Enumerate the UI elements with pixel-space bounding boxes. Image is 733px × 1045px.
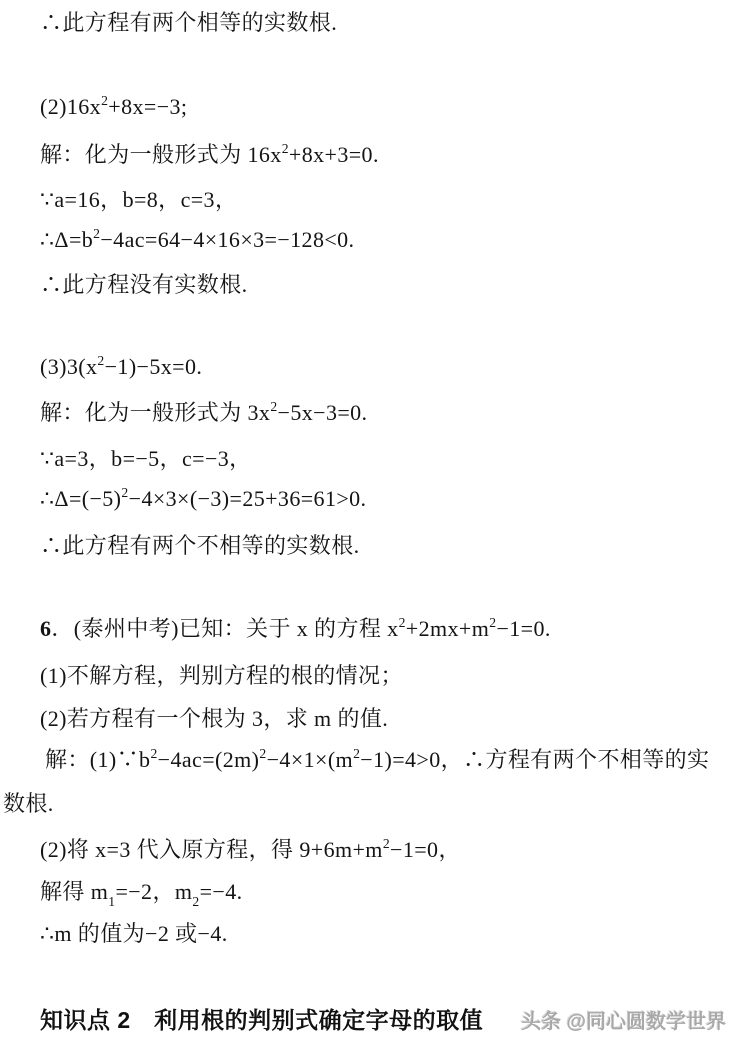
text-line-1: ∴此方程有两个相等的实数根. xyxy=(40,10,337,36)
line-text: ∴此方程有两个相等的实数根. xyxy=(40,10,337,35)
line-text: ∵a=16，b=8，c=3， xyxy=(40,187,237,212)
text-line-4: ∵a=16，b=8，c=3， xyxy=(40,187,237,213)
text-line-17: (2)将 x=3 代入原方程，得 9+6m+m2−1=0， xyxy=(40,837,461,863)
problem-number: 6 xyxy=(40,616,51,641)
line-text: ∵a=3，b=−5，c=−3， xyxy=(40,446,252,471)
text-line-9: ∵a=3，b=−5，c=−3， xyxy=(40,446,252,472)
line-text: (3)3(x2−1)−5x=0. xyxy=(40,354,202,379)
line-text: 解：化为一般形式为 16x2+8x+3=0. xyxy=(40,142,379,167)
line-text: ∴Δ=b2−4ac=64−4×16×3=−128<0. xyxy=(40,227,354,252)
line-text: 数根. xyxy=(3,791,54,816)
line-text: 解：化为一般形式为 3x2−5x−3=0. xyxy=(40,400,367,425)
text-line-11: ∴此方程有两个不相等的实数根. xyxy=(40,533,360,559)
line-text: (1)不解方程，判别方程的根的情况； xyxy=(40,663,403,688)
watermark: 头条 @同心圆数学世界 xyxy=(521,1005,726,1034)
line-text: (2)16x2+8x=−3; xyxy=(40,94,187,119)
text-line-5: ∴Δ=b2−4ac=64−4×16×3=−128<0. xyxy=(40,227,354,253)
text-line-10: ∴Δ=(−5)2−4×3×(−3)=25+36=61>0. xyxy=(40,486,366,512)
line-text: ∴此方程有两个不相等的实数根. xyxy=(40,533,360,558)
text-line-7: (3)3(x2−1)−5x=0. xyxy=(40,354,202,380)
text-line-3: 解：化为一般形式为 16x2+8x+3=0. xyxy=(40,142,379,168)
line-text: ∴m 的值为−2 或−4. xyxy=(40,921,228,946)
text-line-14: (2)若方程有一个根为 3，求 m 的值. xyxy=(40,706,388,732)
text-line-8: 解：化为一般形式为 3x2−5x−3=0. xyxy=(40,400,367,426)
text-line-16: 数根. xyxy=(3,791,54,817)
line-text: ∴此方程没有实数根. xyxy=(40,272,248,297)
text-line-13: (1)不解方程，判别方程的根的情况； xyxy=(40,663,403,689)
document-page: ∴此方程有两个相等的实数根.(2)16x2+8x=−3;解：化为一般形式为 16… xyxy=(0,0,733,1045)
line-text: (2)若方程有一个根为 3，求 m 的值. xyxy=(40,706,388,731)
text-line-18: 解得 m1=−2，m2=−4. xyxy=(40,879,243,905)
text-line-19: ∴m 的值为−2 或−4. xyxy=(40,921,228,947)
line-text: 解：(1)∵b2−4ac=(2m)2−4×1×(m2−1)=4>0，∴方程有两个… xyxy=(45,747,709,772)
line-text: 解得 m1=−2，m2=−4. xyxy=(40,879,243,904)
text-line-2: (2)16x2+8x=−3; xyxy=(40,94,187,120)
text-line-6: ∴此方程没有实数根. xyxy=(40,272,248,298)
line-text: ．(泰州中考)已知：关于 x 的方程 x2+2mx+m2−1=0. xyxy=(51,616,550,641)
line-text: (2)将 x=3 代入原方程，得 9+6m+m2−1=0， xyxy=(40,837,461,862)
text-line-12: 6．(泰州中考)已知：关于 x 的方程 x2+2mx+m2−1=0. xyxy=(40,616,551,642)
line-text: ∴Δ=(−5)2−4×3×(−3)=25+36=61>0. xyxy=(40,486,366,511)
section-heading: 知识点 2 利用根的判别式确定字母的取值 xyxy=(40,1002,483,1035)
text-line-15: 解：(1)∵b2−4ac=(2m)2−4×1×(m2−1)=4>0，∴方程有两个… xyxy=(45,747,709,773)
